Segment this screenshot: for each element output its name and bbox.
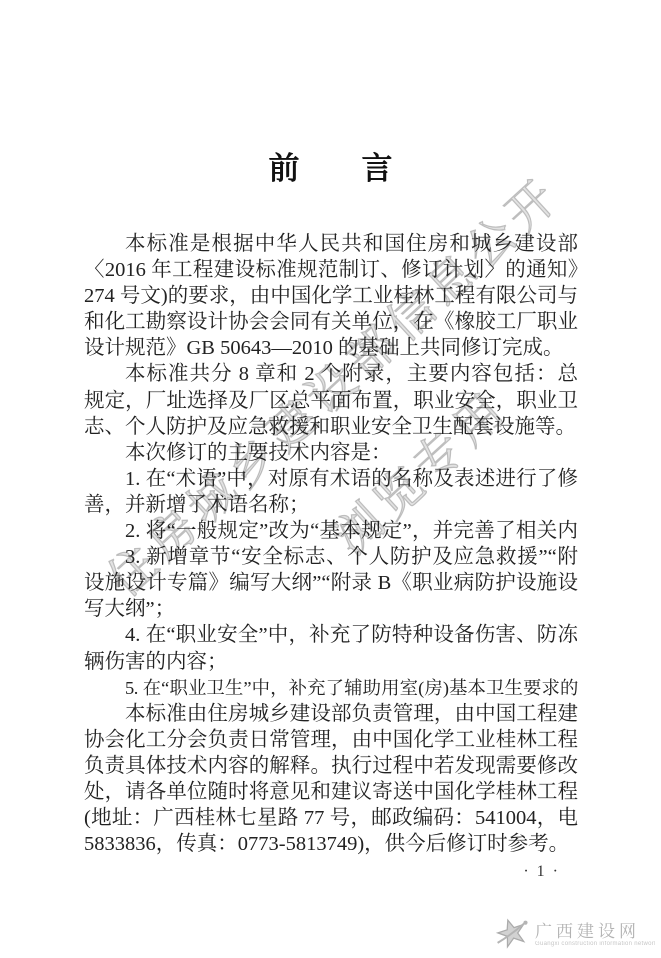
body-line: 本标准共分 8 章和 2 个附录，主要内容包括：总则，术语，基本 (84, 361, 578, 387)
page-title: 前 言 (0, 143, 661, 188)
body-line: 协会化工分会负责日常管理，由中国化学工业桂林工程有限公司 (84, 727, 578, 753)
body-line: 写大纲”； (84, 596, 578, 622)
body-line: 规定，厂址选择及厂区总平面布置，职业安全，职业卫生，安全标 (84, 388, 578, 414)
body-line: 设计规范》GB 50643—2010 的基础上共同修订完成。 (84, 335, 578, 361)
body-line: 负责具体技术内容的解释。执行过程中若发现需要修改和补充之 (84, 753, 578, 779)
body-line: 处，请各单位随时将意见和建议寄送中国化学桂林工程有限公司 (84, 779, 578, 805)
body-line: 1. 在“术语”中，对原有术语的名称及表述进行了修改和完 (84, 466, 578, 492)
page-number: · 1 · (84, 863, 560, 881)
body-line: 〈2016 年工程建设标准规范制订、修订计划〉的通知》(建标〔2015〕 (84, 257, 578, 283)
body-line: 本次修订的主要技术内容是： (84, 440, 578, 466)
body-line: 志、个人防护及应急救援和职业安全卫生配套设施等。 (84, 414, 578, 440)
body-line: 274 号文)的要求，由中国化学工业桂林工程有限公司与中国石油 (84, 283, 578, 309)
document-page: 住房城乡建设部信息公开 浏览专用 前 言 本标准是根据中华人民共和国住房和城乡建… (0, 0, 661, 958)
body-line: 善，并新增了术语名称； (84, 492, 578, 518)
body-line: 和化工勘察设计协会会同有关单位，在《橡胶工厂职业安全与卫生 (84, 309, 578, 335)
logo-name: 广西建设网 (535, 923, 655, 941)
body-text: 本标准是根据中华人民共和国住房和城乡建设部《关于印发〈2016 年工程建设标准规… (84, 231, 578, 857)
body-line: 5833836，传真：0773-5813749)，供今后修订时参考。 (84, 831, 578, 857)
body-line: 辆伤害的内容； (84, 649, 578, 675)
body-line: 4. 在“职业安全”中，补充了防特种设备伤害、防冻伤害、防车 (84, 622, 578, 648)
body-line: (地址：广西桂林七星路 77 号，邮政编码：541004，电话：0773- (84, 805, 578, 831)
body-line: 2. 将“一般规定”改为“基本规定”，并完善了相关内容； (84, 518, 578, 544)
body-line: 设施设计专篇》编写大纲”“附录 B《职业病防护设施设计专篇》编 (84, 570, 578, 596)
star-swoosh-icon (494, 915, 530, 956)
body-line: 3. 新增章节“安全标志、个人防护及应急救援”“附录 A《安全 (84, 544, 578, 570)
footer-logo: 广西建设网 Guangxi construction information n… (494, 915, 655, 956)
body-line: 本标准由住房城乡建设部负责管理，由中国工程建设标准化 (84, 701, 578, 727)
body-line: 本标准是根据中华人民共和国住房和城乡建设部《关于印发 (84, 231, 578, 257)
logo-tagline: Guangxi construction information network (535, 941, 655, 948)
body-line: 5. 在“职业卫生”中，补充了辅助用室(房)基本卫生要求的内容。 (84, 675, 578, 701)
